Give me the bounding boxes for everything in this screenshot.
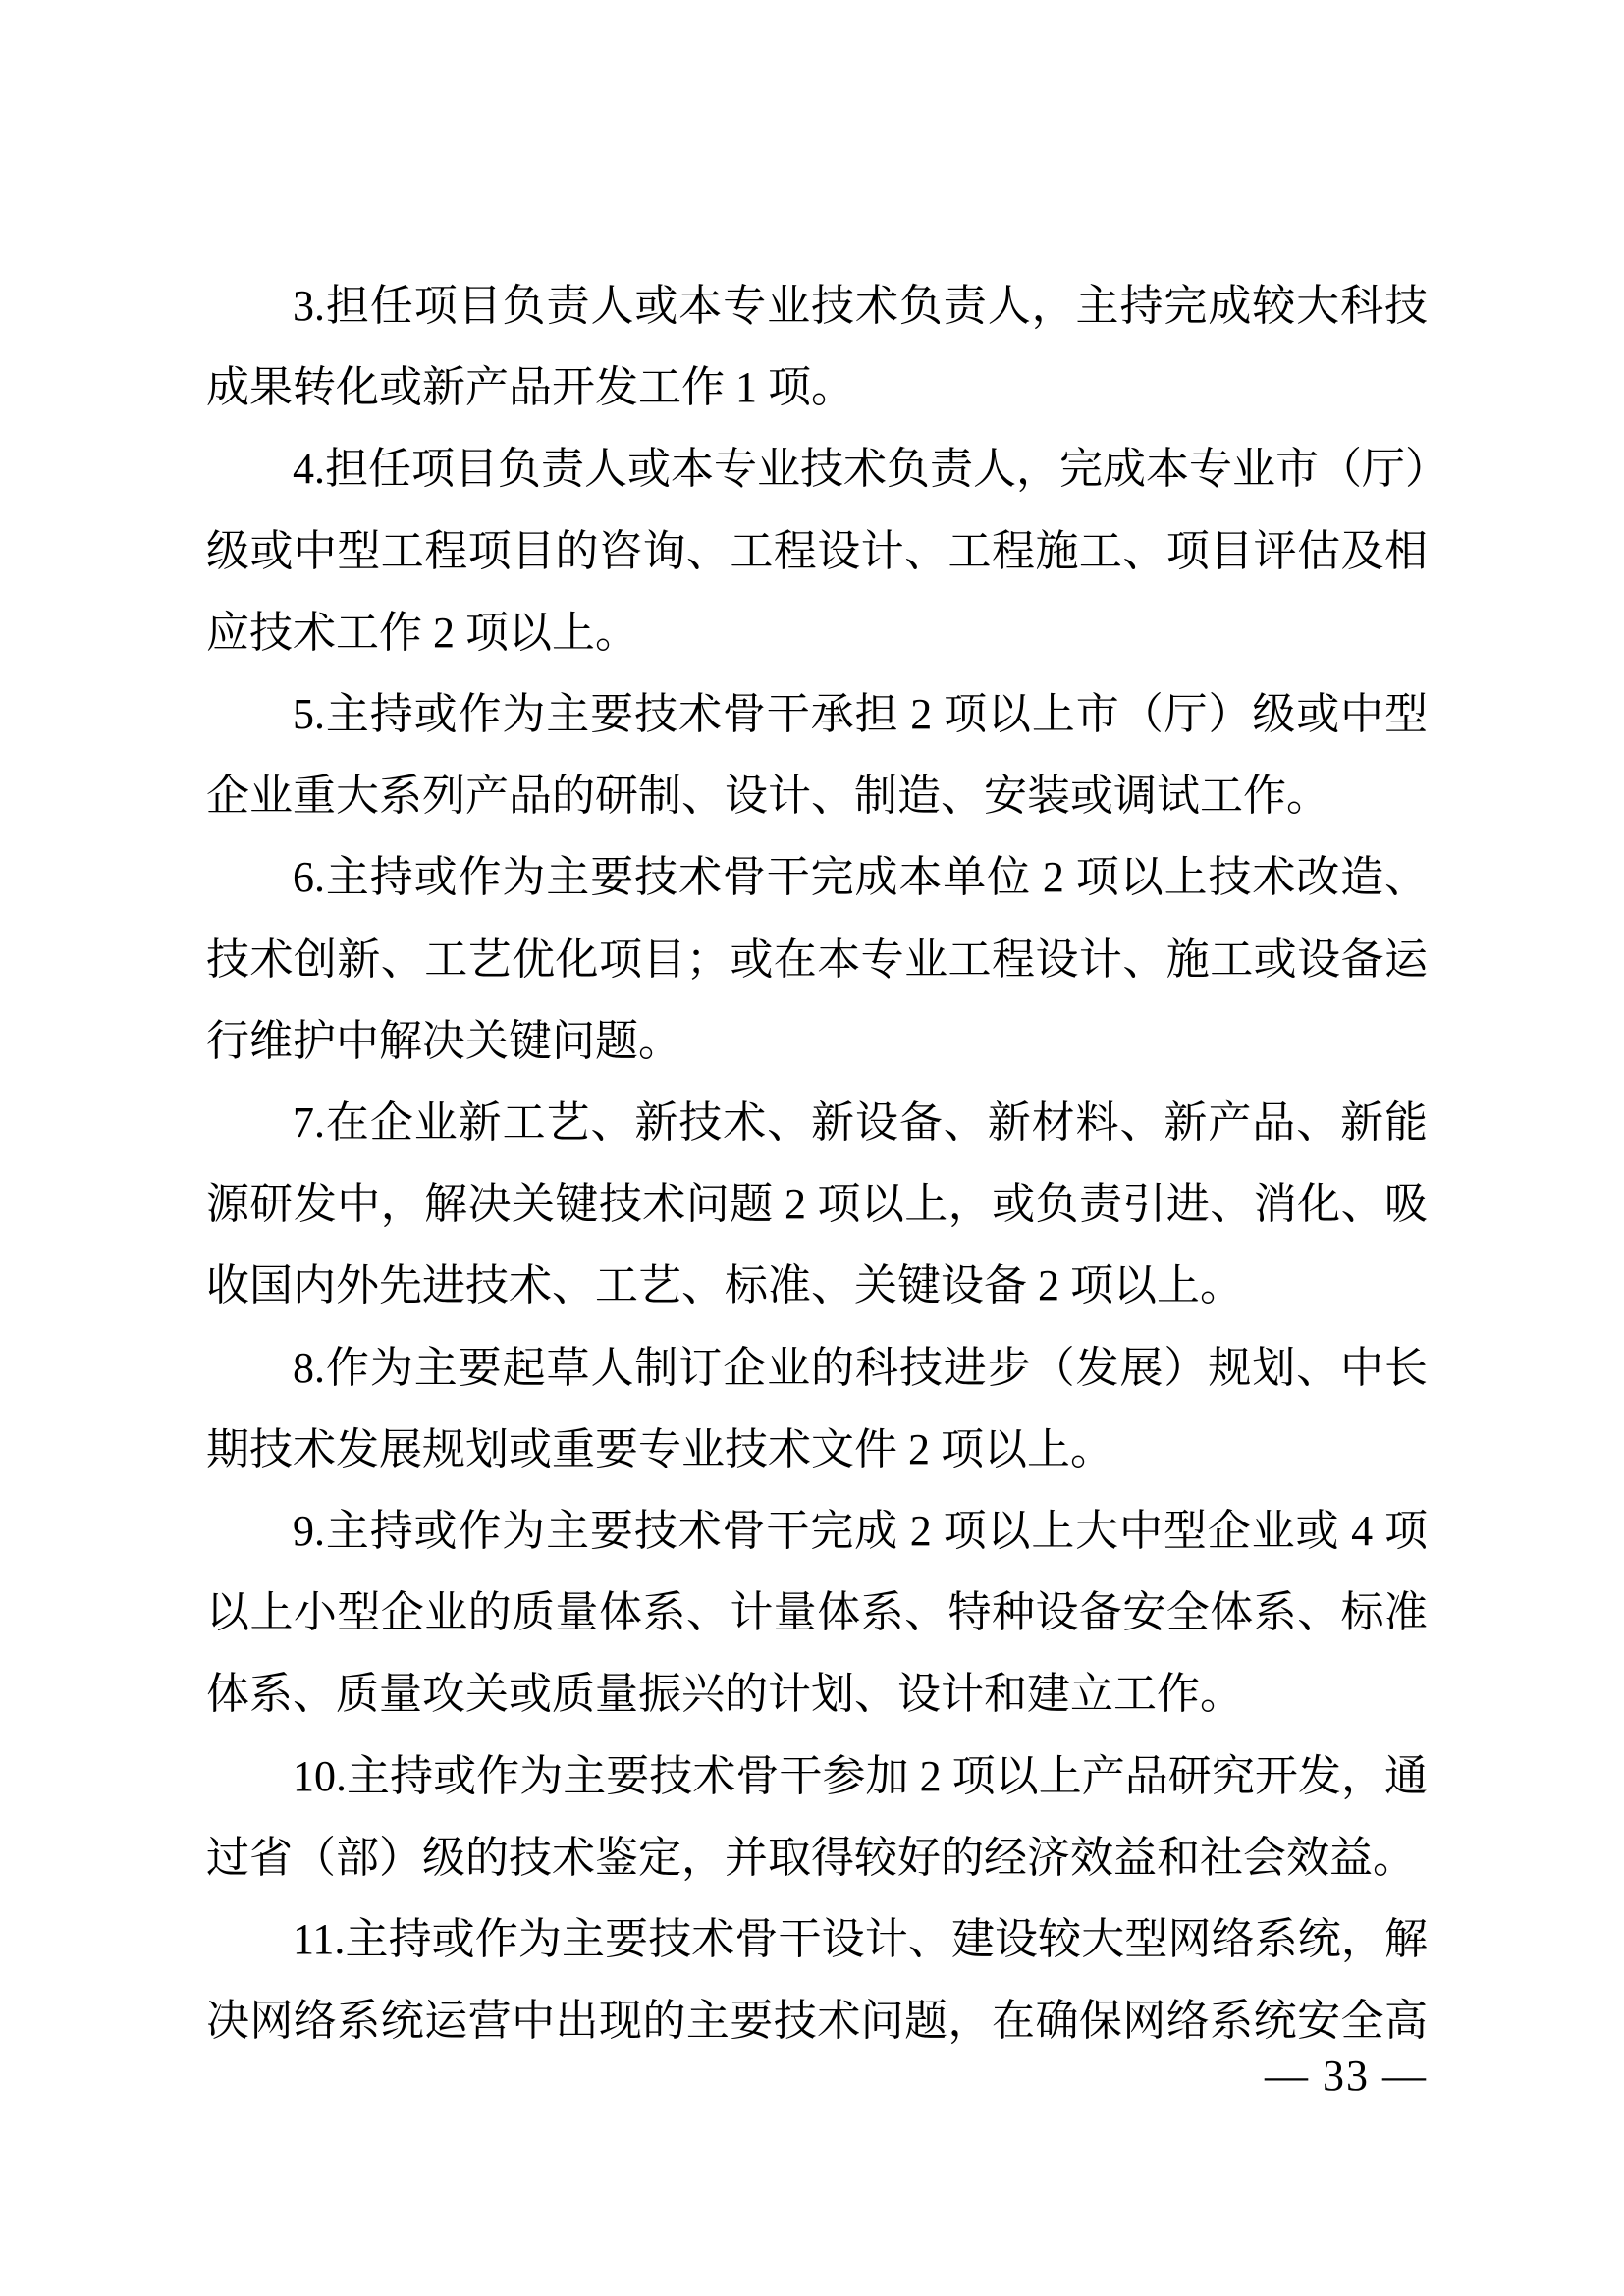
paragraph-item-8: 8.作为主要起草人制订企业的科技进步（发展）规划、中长 期技术发展规划或重要专业… — [206, 1327, 1428, 1490]
text-line: 11.主持或作为主要技术骨干设计、建设较大型网络系统，解 — [206, 1898, 1428, 1980]
text-line: 期技术发展规划或重要专业技术文件 2 项以上。 — [206, 1409, 1428, 1490]
text-line: 级或中型工程项目的咨询、工程设计、工程施工、项目评估及相 — [206, 510, 1428, 592]
text-line: 应技术工作 2 项以上。 — [206, 592, 1428, 673]
paragraph-item-5: 5.主持或作为主要技术骨干承担 2 项以上市（厅）级或中型 企业重大系列产品的研… — [206, 673, 1428, 836]
paragraph-item-11: 11.主持或作为主要技术骨干设计、建设较大型网络系统，解 决网络系统运营中出现的… — [206, 1898, 1428, 2061]
text-line: 企业重大系列产品的研制、设计、制造、安装或调试工作。 — [206, 755, 1428, 836]
text-line: 源研发中，解决关键技术问题 2 项以上，或负责引进、消化、吸 — [206, 1163, 1428, 1245]
text-line: 5.主持或作为主要技术骨干承担 2 项以上市（厅）级或中型 — [206, 673, 1428, 755]
paragraph-item-10: 10.主持或作为主要技术骨干参加 2 项以上产品研究开发，通 过省（部）级的技术… — [206, 1735, 1428, 1898]
text-line: 10.主持或作为主要技术骨干参加 2 项以上产品研究开发，通 — [206, 1735, 1428, 1817]
text-line: 7.在企业新工艺、新技术、新设备、新材料、新产品、新能 — [206, 1082, 1428, 1163]
paragraph-item-4: 4.担任项目负责人或本专业技术负责人，完成本专业市（厅） 级或中型工程项目的咨询… — [206, 428, 1428, 673]
text-line: 过省（部）级的技术鉴定，并取得较好的经济效益和社会效益。 — [206, 1817, 1428, 1898]
text-line: 6.主持或作为主要技术骨干完成本单位 2 项以上技术改造、 — [206, 836, 1428, 918]
text-line: 8.作为主要起草人制订企业的科技进步（发展）规划、中长 — [206, 1327, 1428, 1409]
paragraph-item-9: 9.主持或作为主要技术骨干完成 2 项以上大中型企业或 4 项 以上小型企业的质… — [206, 1490, 1428, 1735]
document-body: 3.担任项目负责人或本专业技术负责人，主持完成较大科技 成果转化或新产品开发工作… — [206, 265, 1428, 2061]
text-line: 9.主持或作为主要技术骨干完成 2 项以上大中型企业或 4 项 — [206, 1490, 1428, 1572]
text-line: 3.担任项目负责人或本专业技术负责人，主持完成较大科技 — [206, 265, 1428, 347]
text-line: 行维护中解决关键问题。 — [206, 1000, 1428, 1082]
text-line: 体系、质量攻关或质量振兴的计划、设计和建立工作。 — [206, 1653, 1428, 1735]
page-number: — 33 — — [1265, 2052, 1428, 2101]
text-line: 技术创新、工艺优化项目；或在本专业工程设计、施工或设备运 — [206, 919, 1428, 1000]
text-line: 4.担任项目负责人或本专业技术负责人，完成本专业市（厅） — [206, 428, 1428, 509]
text-line: 成果转化或新产品开发工作 1 项。 — [206, 347, 1428, 428]
text-line: 以上小型企业的质量体系、计量体系、特种设备安全体系、标准 — [206, 1572, 1428, 1653]
document-page: 3.担任项目负责人或本专业技术负责人，主持完成较大科技 成果转化或新产品开发工作… — [0, 0, 1624, 2296]
text-line: 收国内外先进技术、工艺、标准、关键设备 2 项以上。 — [206, 1245, 1428, 1326]
text-line: 决网络系统运营中出现的主要技术问题，在确保网络系统安全高 — [206, 1980, 1428, 2061]
paragraph-item-3: 3.担任项目负责人或本专业技术负责人，主持完成较大科技 成果转化或新产品开发工作… — [206, 265, 1428, 428]
paragraph-item-7: 7.在企业新工艺、新技术、新设备、新材料、新产品、新能 源研发中，解决关键技术问… — [206, 1082, 1428, 1327]
paragraph-item-6: 6.主持或作为主要技术骨干完成本单位 2 项以上技术改造、 技术创新、工艺优化项… — [206, 836, 1428, 1082]
